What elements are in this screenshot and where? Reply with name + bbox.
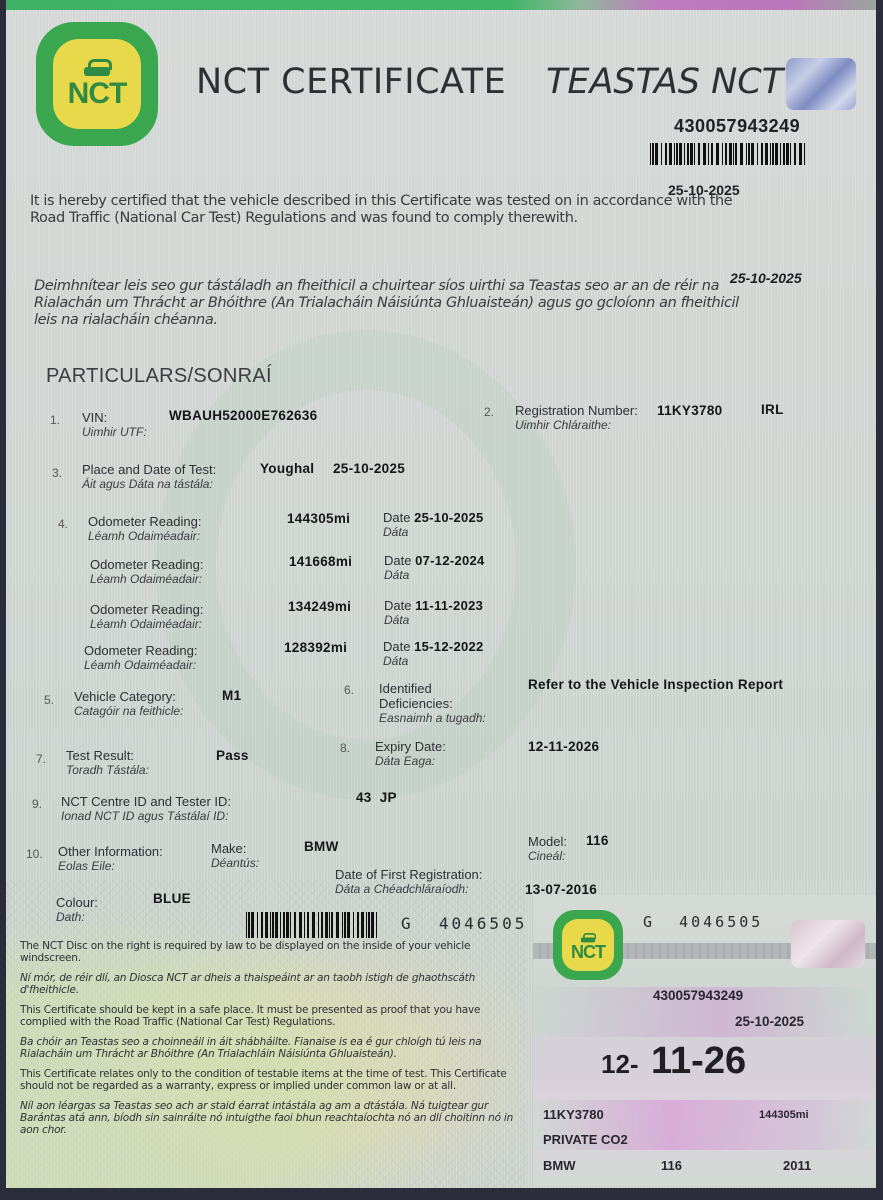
expiry-label: Expiry Date: Dáta Eaga: — [375, 739, 446, 768]
colour-label-ga: Dath: — [56, 910, 98, 924]
odometer-label-ga: Léamh Odaiméadair: — [90, 572, 203, 586]
disc-logo-text: NCT — [571, 943, 605, 961]
model-value: 116 — [586, 833, 609, 848]
make-label-ga: Déantús: — [211, 856, 259, 870]
deficiencies-label: Identified Deficiencies: Easnaimh a tuga… — [379, 681, 486, 725]
field-number: 3. — [52, 466, 62, 480]
category-label-en: Vehicle Category: — [74, 689, 183, 704]
car-icon — [84, 59, 110, 77]
registration-label-ga: Uimhir Chláraithe: — [515, 418, 638, 432]
note-ga: Níl aon léargas sa Teastas seo ach ar st… — [20, 1100, 515, 1136]
odometer-date: Date 11-11-2023 Dáta — [384, 598, 483, 627]
odometer-date: Date 25-10-2025 Dáta — [383, 510, 484, 539]
centre-tester-id: 43 JP — [356, 790, 397, 805]
result-label: Test Result: Toradh Tástála: — [66, 748, 149, 777]
disc-expiry-day: 12- — [601, 1049, 639, 1080]
odometer-date: Date 07-12-2024 Dáta — [384, 553, 485, 582]
vin-label-ga: Uimhir UTF: — [82, 425, 147, 439]
top-color-band — [6, 0, 876, 10]
deficiencies-label-en-2: Deficiencies: — [379, 696, 486, 711]
field-number: 6. — [344, 683, 354, 697]
make-value: BMW — [304, 839, 339, 854]
note-ga: Ní mór, de réir dlí, an Diosca NCT ar dh… — [20, 972, 515, 996]
disc-year: 2011 — [783, 1158, 811, 1173]
first-registration-label: Date of First Registration: Dáta a Chéad… — [335, 867, 482, 896]
disc-test-date: 25-10-2025 — [735, 1014, 804, 1029]
legal-notes: The NCT Disc on the right is required by… — [20, 940, 515, 1144]
odometer-label-en: Odometer Reading: — [90, 602, 203, 617]
field-number: 5. — [44, 693, 54, 707]
field-number: 8. — [340, 741, 350, 755]
date-label: Date — [384, 553, 411, 568]
colour-value: BLUE — [153, 891, 191, 906]
odometer-label-en: Odometer Reading: — [88, 514, 201, 529]
disc-certificate-number: 430057943249 — [653, 988, 743, 1003]
odometer-value: 141668mi — [289, 554, 352, 569]
date-label: Date — [383, 639, 410, 654]
certification-date-en: 25-10-2025 — [668, 182, 740, 198]
disc-expiry-month-year: 11-26 — [651, 1040, 746, 1083]
disc-serial: G 4046505 — [643, 913, 763, 931]
certification-text-ga: Deimhnítear leis seo gur tástáladh an fh… — [34, 278, 754, 329]
registration-country: IRL — [761, 402, 784, 417]
odometer-label-ga: Léamh Odaiméadair: — [90, 617, 203, 631]
odometer-date-value: 15-12-2022 — [414, 639, 484, 654]
odometer-label: Odometer Reading: Léamh Odaiméadair: — [90, 602, 203, 631]
registration-label: Registration Number: Uimhir Chláraithe: — [515, 403, 638, 432]
car-icon — [581, 933, 595, 943]
field-number: 9. — [32, 797, 42, 811]
test-result: Pass — [216, 748, 249, 763]
model-label-en: Model: — [528, 834, 567, 849]
first-registration-label-en: Date of First Registration: — [335, 867, 482, 882]
background-watermark — [156, 330, 576, 800]
barcode-top — [650, 143, 808, 165]
other-label: Other Information: Eolas Eile: — [58, 844, 163, 873]
odometer-date-value: 11-11-2023 — [415, 598, 483, 613]
field-number: 4. — [58, 517, 68, 531]
odometer-date-value: 25-10-2025 — [414, 510, 484, 525]
vin-label-en: VIN: — [82, 410, 147, 425]
deficiencies-value: Refer to the Vehicle Inspection Report — [528, 677, 783, 692]
certification-text-en: It is hereby certified that the vehicle … — [30, 193, 750, 227]
expiry-date: 12-11-2026 — [528, 739, 599, 754]
hologram-seal — [786, 58, 856, 110]
colour-label: Colour: Dath: — [56, 895, 98, 924]
odometer-value: 128392mi — [284, 640, 347, 655]
model-label-ga: Cineál: — [528, 849, 567, 863]
place-date-label-en: Place and Date of Test: — [82, 462, 216, 477]
title-english: NCT CERTIFICATE — [196, 62, 506, 102]
odometer-label: Odometer Reading: Léamh Odaiméadair: — [90, 557, 203, 586]
odometer-label: Odometer Reading: Léamh Odaiméadair: — [84, 643, 197, 672]
disc-usage: PRIVATE CO2 — [543, 1132, 628, 1147]
note-ga: Ba chóir an Teastas seo a choinneáil in … — [20, 1036, 515, 1060]
make-label-en: Make: — [211, 841, 259, 856]
title-irish: TEASTAS NCT — [546, 62, 783, 102]
registration-label-en: Registration Number: — [515, 403, 638, 418]
disc-hologram — [791, 920, 865, 968]
colour-label-en: Colour: — [56, 895, 98, 910]
date-label-ga: Dáta — [384, 613, 483, 627]
odometer-label: Odometer Reading: Léamh Odaiméadair: — [88, 514, 201, 543]
test-place: Youghal — [260, 461, 314, 476]
note-en: This Certificate relates only to the con… — [20, 1068, 515, 1092]
odometer-date: Date 15-12-2022 Dáta — [383, 639, 484, 668]
note-en: This Certificate should be kept in a saf… — [20, 1004, 515, 1028]
deficiencies-label-en-1: Identified — [379, 681, 486, 696]
other-label-en: Other Information: — [58, 844, 163, 859]
logo-text: NCT — [68, 79, 127, 109]
field-number: 7. — [36, 752, 46, 766]
deficiencies-label-ga: Easnaimh a tugadh: — [379, 711, 486, 725]
date-label-ga: Dáta — [383, 654, 484, 668]
nct-disc: NCT G 4046505 430057943249 25-10-2025 12… — [532, 895, 876, 1185]
field-number: 10. — [26, 847, 43, 861]
odometer-label-ga: Léamh Odaiméadair: — [88, 529, 201, 543]
centre-label-ga: Ionad NCT ID agus Tástálaí ID: — [61, 809, 231, 823]
odometer-value: 134249mi — [288, 599, 351, 614]
centre-label-en: NCT Centre ID and Tester ID: — [61, 794, 231, 809]
category-label-ga: Catagóir na feithicle: — [74, 704, 183, 718]
result-label-en: Test Result: — [66, 748, 149, 763]
test-date: 25-10-2025 — [333, 461, 405, 476]
disc-make: BMW — [543, 1158, 576, 1173]
section-title: PARTICULARS/SONRAÍ — [46, 365, 272, 388]
first-registration-label-ga: Dáta a Chéadchláraíodh: — [335, 882, 482, 896]
date-label-ga: Dáta — [384, 568, 485, 582]
field-number: 2. — [484, 405, 494, 419]
model-label: Model: Cineál: — [528, 834, 567, 863]
place-date-label: Place and Date of Test: Áit agus Dáta na… — [82, 462, 216, 491]
date-label: Date — [384, 598, 411, 613]
odometer-value: 144305mi — [287, 511, 350, 526]
note-en: The NCT Disc on the right is required by… — [20, 940, 515, 964]
field-number: 1. — [50, 413, 60, 427]
barcode-serial — [246, 912, 380, 938]
make-label: Make: Déantús: — [211, 841, 259, 870]
certificate-serial: G 4046505 — [401, 914, 527, 933]
nct-logo: NCT — [36, 22, 158, 146]
expiry-label-en: Expiry Date: — [375, 739, 446, 754]
registration-value: 11KY3780 — [657, 403, 722, 418]
vin-value: WBAUH52000E762636 — [169, 408, 317, 423]
certificate-number: 430057943249 — [674, 116, 800, 137]
background-surface — [0, 1188, 883, 1200]
certification-date-ga: 25-10-2025 — [730, 270, 802, 286]
other-label-ga: Eolas Eile: — [58, 859, 163, 873]
category-label: Vehicle Category: Catagóir na feithicle: — [74, 689, 183, 718]
category-value: M1 — [222, 688, 241, 703]
vin-label: VIN: Uimhir UTF: — [82, 410, 147, 439]
date-label-ga: Dáta — [383, 525, 484, 539]
disc-nct-logo: NCT — [553, 910, 623, 980]
expiry-label-ga: Dáta Eaga: — [375, 754, 446, 768]
centre-label: NCT Centre ID and Tester ID: Ionad NCT I… — [61, 794, 231, 823]
disc-registration: 11KY3780 — [543, 1107, 604, 1122]
nct-certificate: NCT NCT CERTIFICATE TEASTAS NCT 43005794… — [6, 0, 876, 1188]
place-date-label-ga: Áit agus Dáta na tástála: — [82, 477, 216, 491]
date-label: Date — [383, 510, 410, 525]
odometer-date-value: 07-12-2024 — [415, 553, 485, 568]
odometer-label-en: Odometer Reading: — [84, 643, 197, 658]
odometer-label-en: Odometer Reading: — [90, 557, 203, 572]
result-label-ga: Toradh Tástála: — [66, 763, 149, 777]
disc-model: 116 — [661, 1158, 682, 1173]
odometer-label-ga: Léamh Odaiméadair: — [84, 658, 197, 672]
disc-odometer: 144305mi — [759, 1109, 809, 1121]
